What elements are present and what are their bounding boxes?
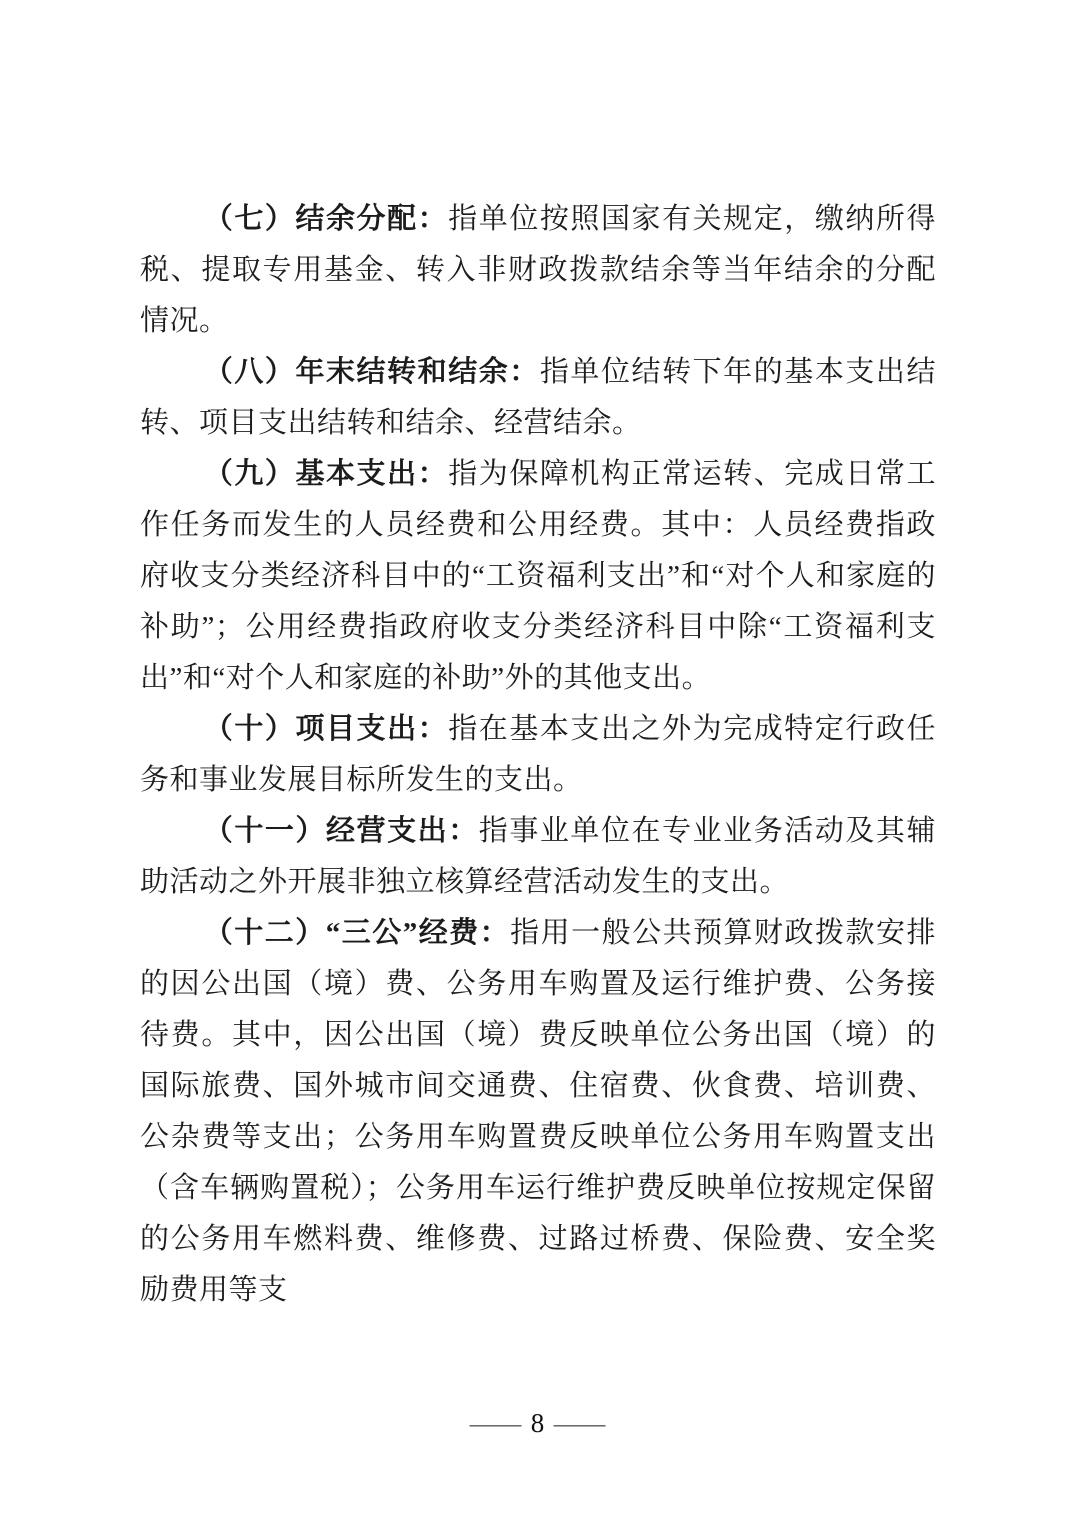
footer-dash-left: — <box>470 1403 521 1443</box>
paragraph-item-12-heading: （十二）“三公”经费： <box>204 917 510 949</box>
paragraph-item-12-text: 指用一般公共预算财政拨款安排的因公出国（境）费、公务用车购置及运行维护费、公务接… <box>140 917 936 1306</box>
paragraph-item-8-heading: （八）年末结转和结余： <box>204 356 540 388</box>
paragraph-item-8: （八）年末结转和结余：指单位结转下年的基本支出结转、项目支出结转和结余、经营结余… <box>140 347 936 449</box>
paragraph-item-12: （十二）“三公”经费：指用一般公共预算财政拨款安排的因公出国（境）费、公务用车购… <box>140 908 936 1316</box>
document-page: （七）结余分配：指单位按照国家有关规定，缴纳所得税、提取专用基金、转入非财政拨款… <box>0 0 1075 1521</box>
paragraph-item-9: （九）基本支出：指为保障机构正常运转、完成日常工作任务而发生的人员经费和公用经费… <box>140 449 936 704</box>
paragraph-item-7: （七）结余分配：指单位按照国家有关规定，缴纳所得税、提取专用基金、转入非财政拨款… <box>140 194 936 347</box>
page-footer: —8— <box>0 1403 1075 1443</box>
paragraph-item-9-text: 指为保障机构正常运转、完成日常工作任务而发生的人员经费和公用经费。其中：人员经费… <box>140 458 936 694</box>
paragraph-item-10-heading: （十）项目支出： <box>204 713 448 745</box>
page-number: 8 <box>531 1403 545 1443</box>
paragraph-item-11-heading: （十一）经营支出： <box>204 815 479 847</box>
document-body: （七）结余分配：指单位按照国家有关规定，缴纳所得税、提取专用基金、转入非财政拨款… <box>140 194 936 1316</box>
paragraph-item-7-heading: （七）结余分配： <box>204 203 448 235</box>
paragraph-item-11: （十一）经营支出：指事业单位在专业业务活动及其辅助活动之外开展非独立核算经营活动… <box>140 806 936 908</box>
paragraph-item-9-heading: （九）基本支出： <box>204 458 448 490</box>
footer-dash-right: — <box>554 1403 605 1443</box>
paragraph-item-10: （十）项目支出：指在基本支出之外为完成特定行政任务和事业发展目标所发生的支出。 <box>140 704 936 806</box>
